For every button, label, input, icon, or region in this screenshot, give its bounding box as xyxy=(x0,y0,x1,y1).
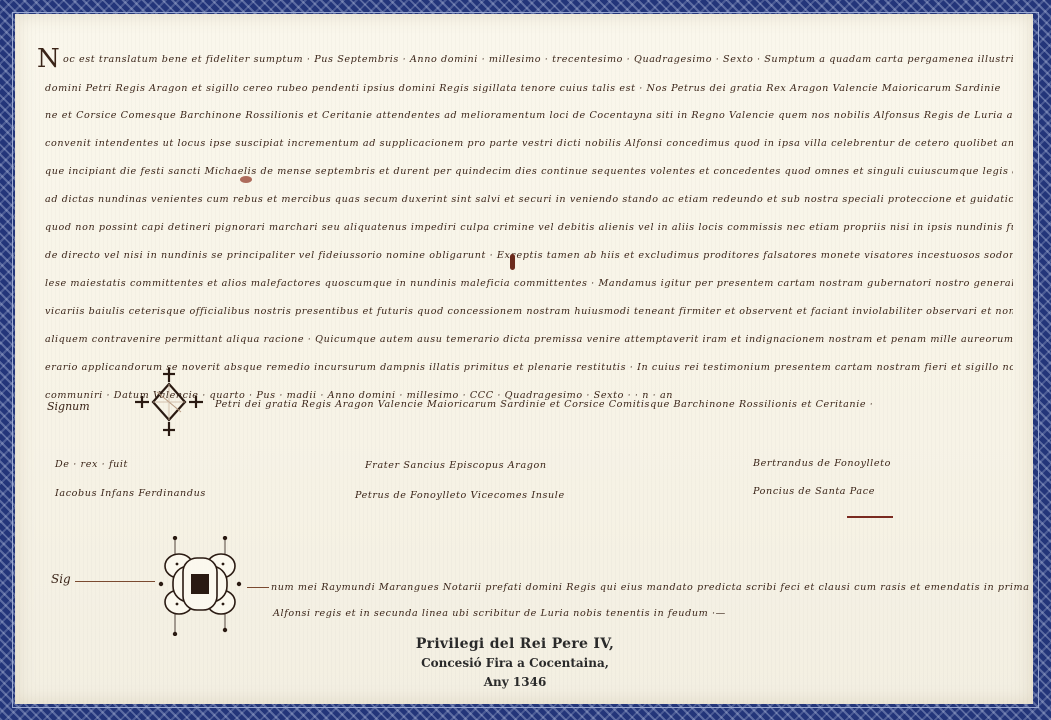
royal-signum-cross-icon xyxy=(127,366,211,438)
ink-stain xyxy=(240,176,252,183)
manuscript-line: que incipiant die festi sancti Michaelis… xyxy=(45,166,1013,177)
manuscript-line: domini Petri Regis Aragon et sigillo cer… xyxy=(45,83,1013,94)
notary-text-line-1: num mei Raymundi Marangues Notarii prefa… xyxy=(271,582,1033,593)
manuscript-line: convenit intendentes ut locus ipse susci… xyxy=(45,138,1013,149)
notary-rule-left xyxy=(75,581,155,582)
manuscript-line: quod non possint capi detineri pignorari… xyxy=(45,222,1013,233)
witness-right-1: Bertrandus de Fonoylleto xyxy=(753,458,891,469)
manuscript-line: aliquem contravenire permittant aliqua r… xyxy=(45,334,1013,345)
red-underline-mark xyxy=(847,516,893,518)
notarial-knot-sign-icon xyxy=(155,536,245,636)
manuscript-line: ad dictas nundinas venientes cum rebus e… xyxy=(45,194,1013,205)
manuscript-line: vicariis baiulis ceterisque officialibus… xyxy=(45,306,1013,317)
parchment-sheet: N oc est translatum bene et fideliter su… xyxy=(15,14,1033,704)
witness-left-2: Iacobus Infans Ferdinandus xyxy=(55,488,206,499)
witness-right-2: Poncius de Santa Pace xyxy=(753,486,875,497)
notary-rule-right xyxy=(247,587,269,588)
witness-center-2: Petrus de Fonoylleto Vicecomes Insule xyxy=(355,490,565,501)
notary-sig-label: Sig xyxy=(51,572,71,586)
witness-center-1: Frater Sancius Episcopus Aragon xyxy=(365,460,547,471)
manuscript-line: de directo vel nisi in nundinis se princ… xyxy=(45,250,1013,261)
manuscript-line: lese maiestatis committentes et alios ma… xyxy=(45,278,1013,289)
signum-label: Signum xyxy=(47,400,90,413)
manuscript-line: ne et Corsice Comesque Barchinone Rossil… xyxy=(45,110,1013,121)
signum-text: Petri dei gratia Regis Aragon Valencie M… xyxy=(215,399,873,410)
illuminated-initial: N xyxy=(37,44,60,74)
manuscript-line: oc est translatum bene et fideliter sump… xyxy=(63,54,1013,65)
caption-year: Any 1346 xyxy=(395,675,635,689)
caption-title: Privilegi del Rei Pere IV, xyxy=(395,636,635,652)
caption-subtitle: Concesió Fira a Cocentaina, xyxy=(395,656,635,670)
red-ink-mark xyxy=(510,254,515,270)
notary-text-line-2: Alfonsi regis et in secunda linea ubi sc… xyxy=(273,608,726,619)
witness-left-1: De · rex · fuit xyxy=(55,459,128,470)
